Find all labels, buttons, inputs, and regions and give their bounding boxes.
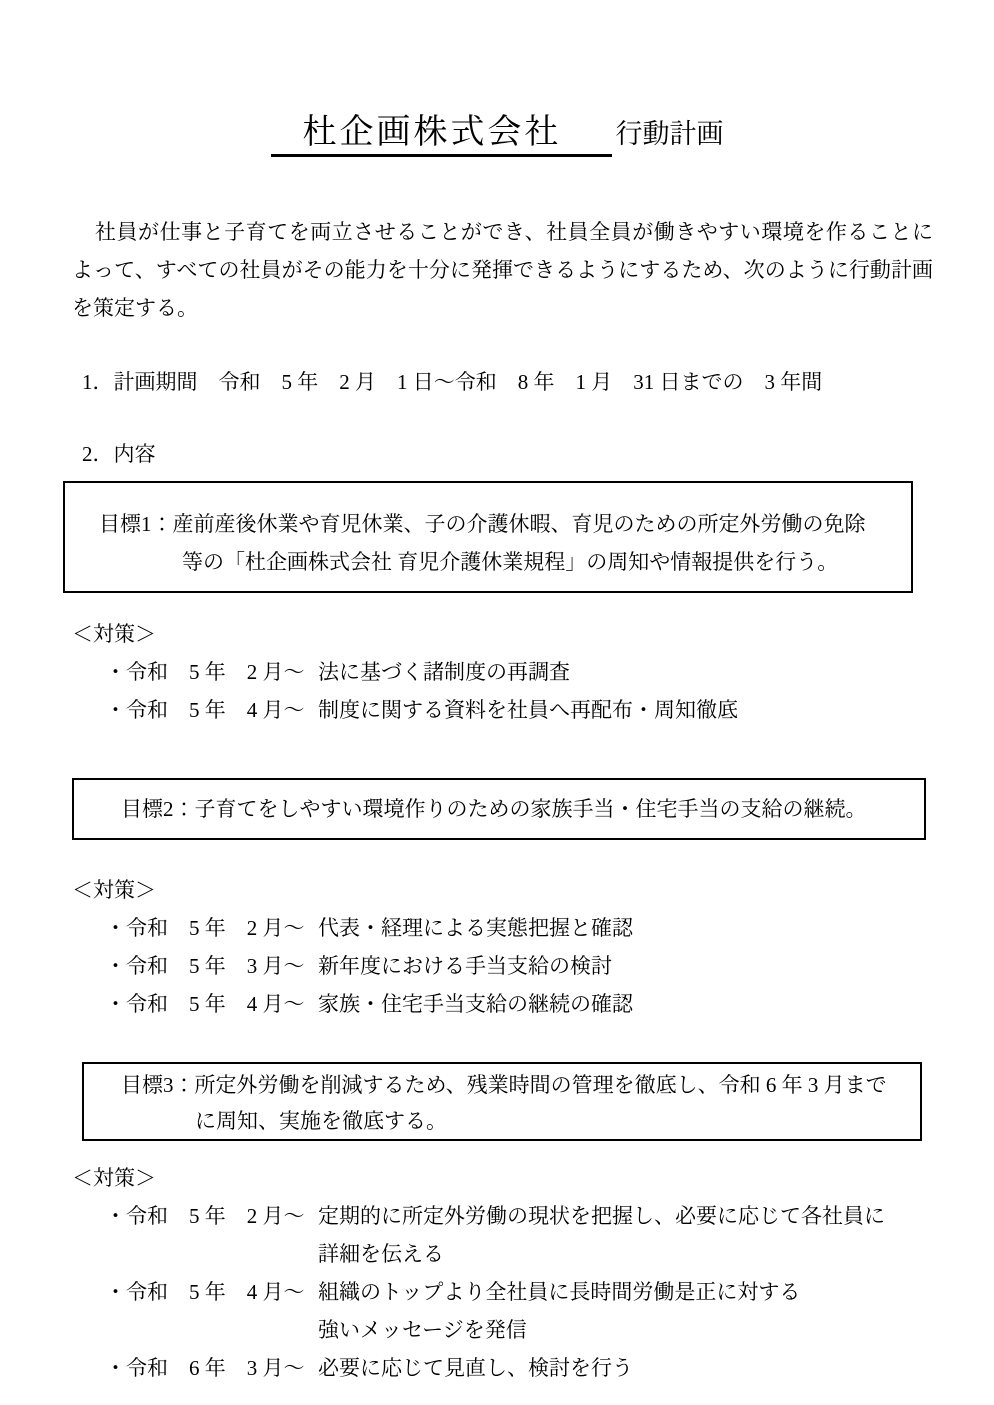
document-title: 杜企画株式会社行動計画 [0,0,994,159]
measure-description-line2: 詳細を伝える [318,1235,994,1273]
plan-period-heading: 1．計画期間 令和 5 年 2 月 1 日～令和 8 年 1 月 31 日までの… [82,363,994,401]
document-type-title: 行動計画 [616,119,724,149]
measure-description: 法に基づく諸制度の再調査 [318,653,994,691]
goal2-text-line1: 目標2：子育てをしやすい環境作りのための家族手当・住宅手当の支給の継続。 [121,790,906,828]
measure-description: 定期的に所定外労働の現状を把握し、必要に応じて各社員に 詳細を伝える [318,1197,994,1273]
goal1-text-line1: 目標1：産前産後休業や育児休業、子の介護休暇、育児のための所定外労働の免除 [99,505,893,543]
goal1-text-line2: 等の「杜企画株式会社 育児介護休業規程」の周知や情報提供を行う。 [182,543,893,581]
measure-date: ・令和 5 年 2 月～ [105,909,318,947]
measure-row: ・令和 5 年 2 月～ 法に基づく諸制度の再調査 [105,653,994,691]
measure-date: ・令和 5 年 2 月～ [105,1197,318,1273]
measure-row: ・令和 6 年 3 月～ 必要に応じて見直し、検討を行う [105,1349,994,1387]
intro-paragraph: 社員が仕事と子育てを両立させることができ、社員全員が働きやすい環境を作ることによ… [72,213,933,327]
measure-description-line2: 強いメッセージを発信 [318,1311,994,1349]
measure-row: ・令和 5 年 2 月～ 代表・経理による実態把握と確認 [105,909,994,947]
measure-description-line1: 組織のトップより全社員に長時間労働是正に対する [318,1273,994,1311]
measure-date: ・令和 5 年 2 月～ [105,653,318,691]
measure-description: 新年度における手当支給の検討 [318,947,994,985]
measure-description: 必要に応じて見直し、検討を行う [318,1349,994,1387]
measure-row: ・令和 5 年 4 月～ 家族・住宅手当支給の継続の確認 [105,985,994,1023]
measure-description: 代表・経理による実態把握と確認 [318,909,994,947]
measure-row: ・令和 5 年 3 月～ 新年度における手当支給の検討 [105,947,994,985]
measure-description: 組織のトップより全社員に長時間労働是正に対する 強いメッセージを発信 [318,1273,994,1349]
measure-description-line1: 定期的に所定外労働の現状を把握し、必要に応じて各社員に [318,1197,994,1235]
measures-heading-3: ＜対策＞ [72,1159,994,1197]
measure-date: ・令和 5 年 4 月～ [105,985,318,1023]
content-heading: 2．内容 [82,435,994,473]
measure-row: ・令和 5 年 2 月～ 定期的に所定外労働の現状を把握し、必要に応じて各社員に… [105,1197,994,1273]
measure-date: ・令和 5 年 4 月～ [105,691,318,729]
measures-heading-2: ＜対策＞ [72,871,994,909]
measure-row: ・令和 5 年 4 月～ 組織のトップより全社員に長時間労働是正に対する 強いメ… [105,1273,994,1349]
measure-description: 制度に関する資料を社員へ再配布・周知徹底 [318,691,994,729]
measure-date: ・令和 6 年 3 月～ [105,1349,318,1387]
measure-date: ・令和 5 年 4 月～ [105,1273,318,1349]
measure-date: ・令和 5 年 3 月～ [105,947,318,985]
goal3-text-line2: に周知、実施を徹底する。 [195,1103,908,1139]
goal3-box: 目標3：所定外労働を削減するため、残業時間の管理を徹底し、令和 6 年 3 月ま… [82,1062,922,1141]
measures-heading-1: ＜対策＞ [72,615,994,653]
goal2-box: 目標2：子育てをしやすい環境作りのための家族手当・住宅手当の支給の継続。 [72,778,926,840]
measure-row: ・令和 5 年 4 月～ 制度に関する資料を社員へ再配布・周知徹底 [105,691,994,729]
measure-description: 家族・住宅手当支給の継続の確認 [318,985,994,1023]
company-name: 杜企画株式会社 [271,114,612,157]
action-plan-document: 杜企画株式会社行動計画 社員が仕事と子育てを両立させることができ、社員全員が働き… [0,0,994,1405]
goal3-text-line1: 目標3：所定外労働を削減するため、残業時間の管理を徹底し、令和 6 年 3 月ま… [121,1067,908,1103]
goal1-box: 目標1：産前産後休業や育児休業、子の介護休暇、育児のための所定外労働の免除 等の… [63,481,913,593]
